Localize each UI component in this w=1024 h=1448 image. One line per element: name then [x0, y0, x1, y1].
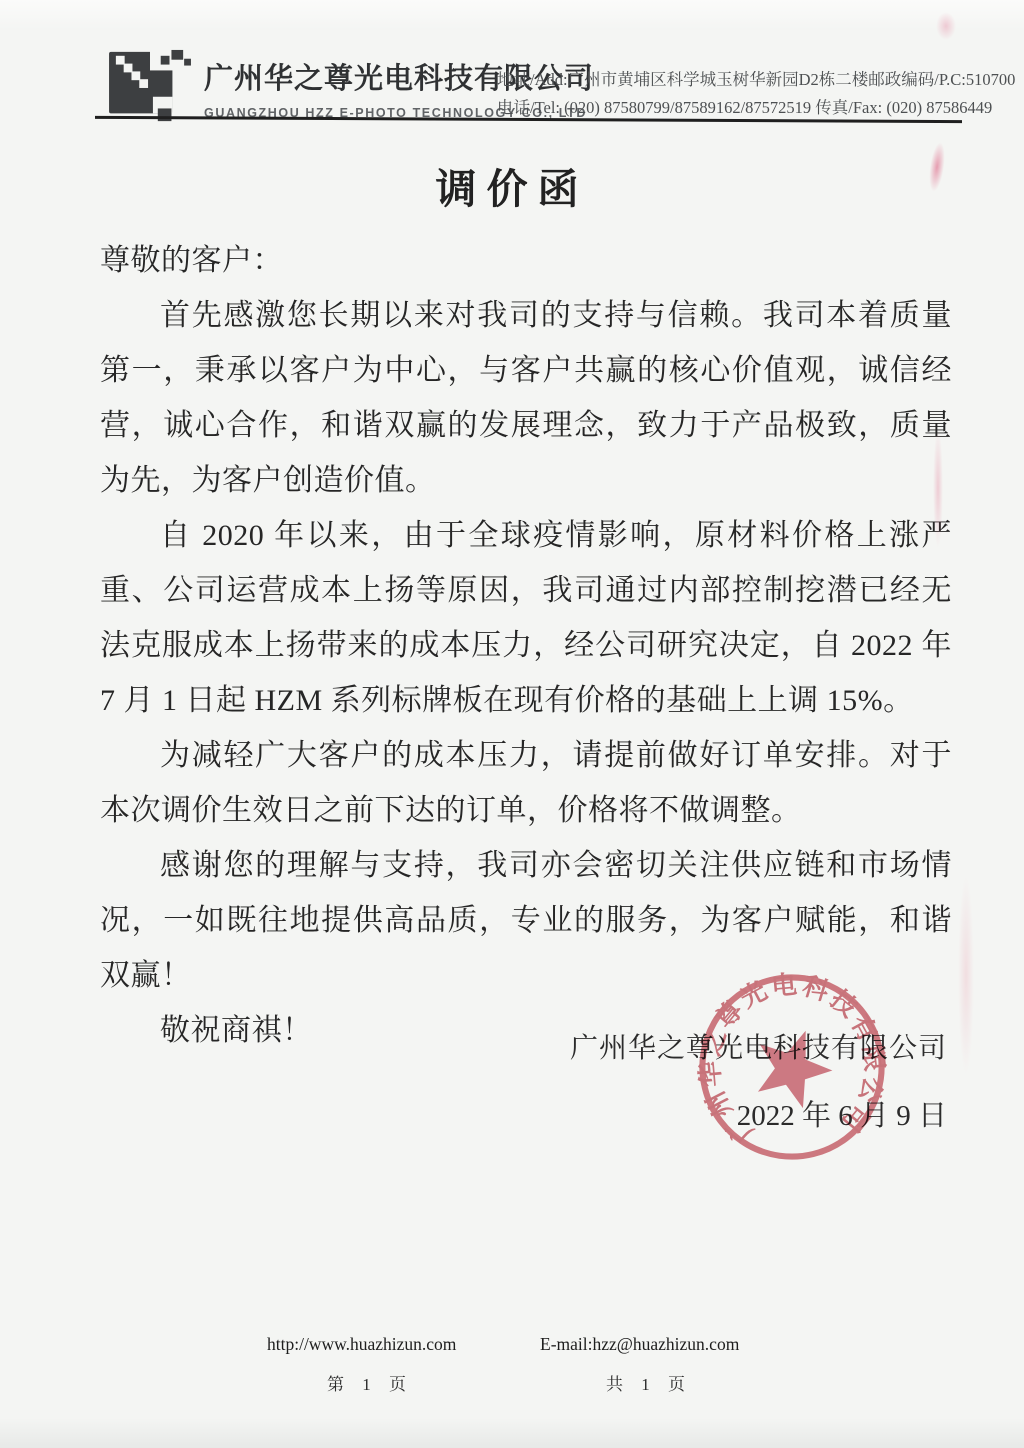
scan-top-edge — [0, 0, 1024, 30]
scan-bottom-edge — [0, 1418, 1024, 1448]
star-icon — [744, 1017, 842, 1113]
salutation: 尊敬的客户： — [100, 233, 952, 288]
paragraph-2: 自 2020 年以来，由于全球疫情影响，原材料价格上涨严重、公司运营成本上扬等原… — [100, 508, 952, 728]
footer-email: E-mail:hzz@huazhizun.com — [540, 1334, 739, 1355]
footer-page-number: 第 1 页 — [327, 1370, 413, 1395]
company-logo — [105, 48, 195, 126]
paragraph-1: 首先感激您长期以来对我司的支持与信赖。我司本着质量第一，秉承以客户为中心，与客户… — [100, 288, 952, 508]
paragraph-3: 为减轻广大客户的成本压力，请提前做好订单安排。对于本次调价生效日之前下达的订单，… — [100, 728, 952, 838]
header-company-block: 广州华之尊光电科技有限公司 GUANGZHOU HZZ E-PHOTO TECH… — [204, 56, 504, 120]
letter-body: 尊敬的客户： 首先感激您长期以来对我司的支持与信赖。我司本着质量第一，秉承以客户… — [100, 233, 952, 1058]
scan-artifact — [958, 875, 974, 1075]
footer-page-total: 共 1 页 — [606, 1370, 692, 1395]
address-line: 地址/Add:广州市黄埔区科学城玉树华新园D2栋二楼 — [497, 66, 868, 94]
company-seal: 广州华之尊光电科技有限公司 — [666, 941, 919, 1194]
postcode: 邮政编码/P.C:510700 — [868, 66, 1015, 94]
document-title: 调价函 — [0, 156, 1024, 215]
header-contact-info: 地址/Add:广州市黄埔区科学城玉树华新园D2栋二楼 邮政编码/P.C:5107… — [497, 66, 949, 122]
pixel-logo-icon — [105, 48, 195, 126]
company-name-cn: 广州华之尊光电科技有限公司 — [204, 56, 504, 97]
footer-website: http://www.huazhizun.com — [267, 1334, 456, 1355]
